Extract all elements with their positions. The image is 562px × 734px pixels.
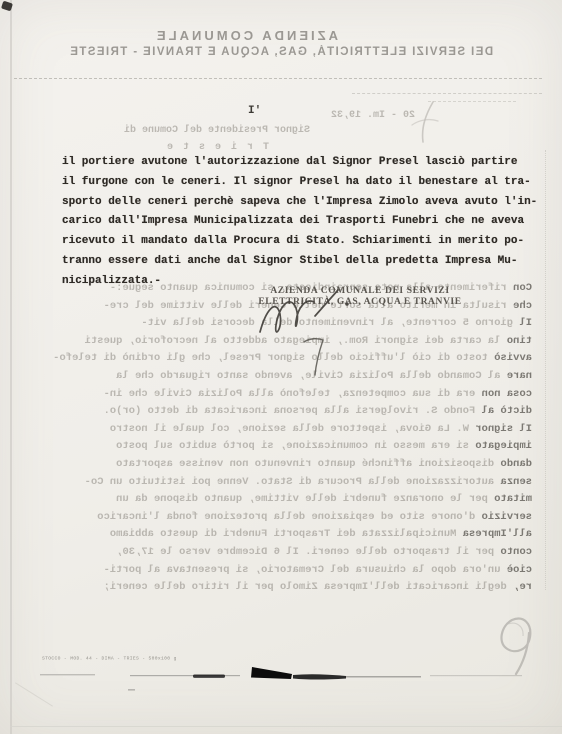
ink-smear	[30, 658, 542, 694]
typed-line: tranno essere dati anche dal Signor Stib…	[62, 252, 542, 272]
bleedthrough-line: re, degli incaricati dell'Impresa Zimolo…	[32, 579, 532, 597]
bleedthrough-line: dando disposizioni affinché quanto rinve…	[32, 456, 532, 474]
typed-paragraph: il portiere avutone l'autorizzazione dal…	[62, 153, 542, 292]
bleedthrough-line: mitato per le onoranze funebri delle vit…	[32, 491, 532, 509]
ink-mark: I'	[248, 105, 261, 117]
typed-line: carico dall'Impresa Municipalizzata dei …	[62, 212, 542, 232]
page-left-edge	[10, 0, 12, 734]
bleedthrough-line: cioè un'ora dopo la chiusura del Cremato…	[32, 562, 532, 580]
bleedthrough-line: senza autorizzazione della Procura di St…	[32, 474, 532, 492]
scanned-document-page: AZIENDA COMUNALE DEI SERVIZI ELETTRICITÀ…	[0, 0, 562, 734]
bleedthrough-line: impiegato si era messo in comunicazione,…	[32, 438, 532, 456]
page-bottom-edge	[10, 726, 562, 727]
typed-line: sporto delle ceneri perchè sapeva che l'…	[62, 193, 542, 213]
handwritten-signature	[252, 280, 382, 380]
bleedthrough-line: all'Impresa Municipalizzata dei Trasport…	[32, 526, 532, 544]
letterhead-bleed-line2: DEI SERVIZI ELETTRICITÀ, GAS, ACQUA E TR…	[8, 46, 554, 58]
addressee-bleed-line1: Signor Presidente del Comune di	[72, 122, 362, 140]
pencil-squiggle-mark	[402, 96, 450, 152]
horizontal-dashed-rule	[14, 78, 542, 79]
bleedthrough-line: servizio d'onore sito ed espiazione dell…	[32, 509, 532, 527]
typed-line: ricevuto il mandato dalla Procura di Sta…	[62, 232, 542, 252]
bleedthrough-line: Il signor W. La Giova, ispettore della s…	[32, 421, 532, 439]
bleedthrough-line: cosa non era di sua competenza, telefonò…	[32, 386, 532, 404]
dotted-rule-right	[352, 93, 542, 94]
typed-line: il furgone con le ceneri. Il signor Pres…	[62, 173, 542, 193]
vertical-dotted-bleed-rule	[545, 150, 546, 590]
letterhead-bleed-line1: AZIENDA COMUNALE	[0, 28, 492, 43]
bleedthrough-line: conto per il trasporto delle ceneri. Il …	[32, 544, 532, 562]
bleedthrough-line: dictò al Fondo S. rivolgersi alla person…	[32, 403, 532, 421]
typed-line: il portiere avutone l'autorizzazione dal…	[62, 153, 542, 173]
